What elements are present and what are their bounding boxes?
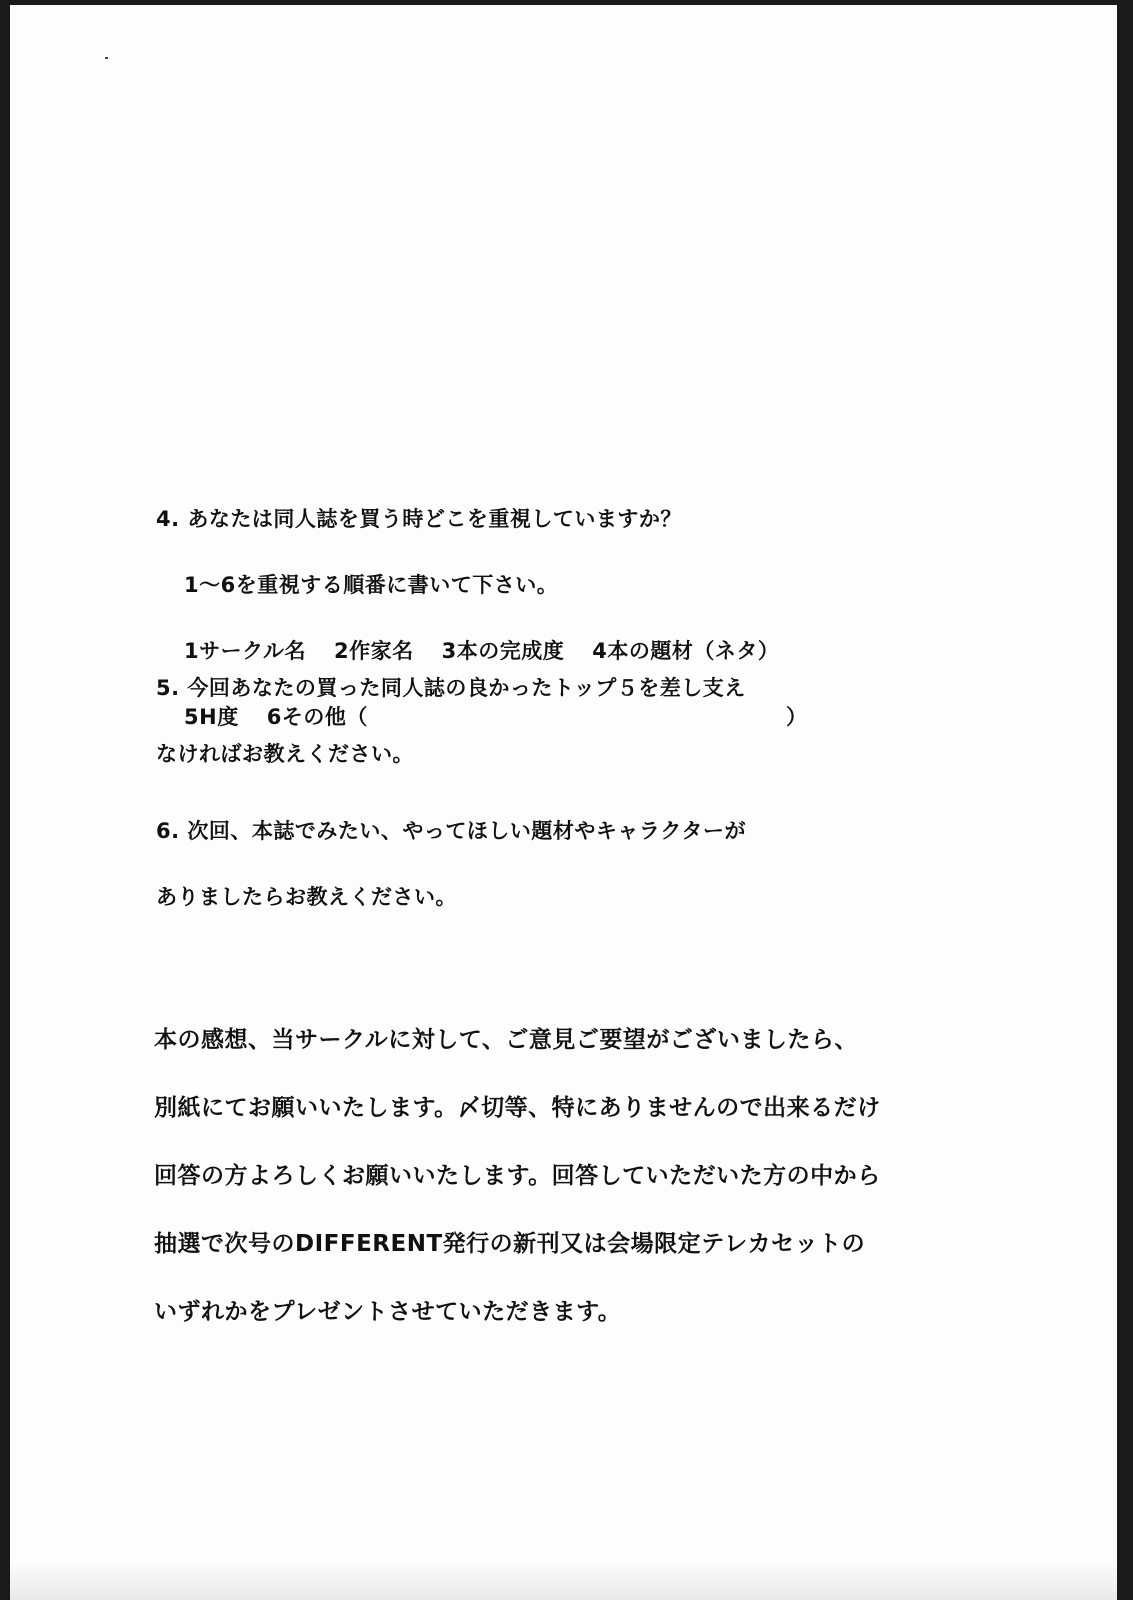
question-number: 6. xyxy=(156,819,180,843)
question-4-title: 4. あなたは同人誌を買う時どこを重視していますか？ xyxy=(156,505,779,533)
question-text: 次回、本誌でみたい、やってほしい題材やキャラクターが xyxy=(187,819,746,843)
closing-note-line-1: 本の感想、当サークルに対して、ご意見ご要望がございましたら、 xyxy=(154,1025,881,1055)
question-5-line-2: なければお教えください。 xyxy=(156,740,746,768)
question-6: 6. 次回、本誌でみたい、やってほしい題材やキャラクターが ありましたらお教えく… xyxy=(156,779,746,949)
other-close-paren: ） xyxy=(786,703,808,731)
closing-note-line-5: いずれかをプレゼントさせていただきます。 xyxy=(154,1297,881,1327)
question-text: あなたは同人誌を買う時どこを重視していますか？ xyxy=(187,507,682,531)
question-number: 4. xyxy=(156,507,180,531)
question-6-line-2: ありましたらお教えください。 xyxy=(156,883,746,911)
scan-speck xyxy=(105,57,108,59)
question-text: 今回あなたの買った同人誌の良かったトップ５を差し支え xyxy=(187,676,745,700)
closing-note-line-2: 別紙にてお願いいたします。〆切等、特にありませんので出来るだけ xyxy=(154,1093,881,1123)
closing-note-line-3: 回答の方よろしくお願いいたします。回答していただいた方の中から xyxy=(154,1161,881,1191)
closing-note-line-4: 抽選で次号のDIFFERENT発行の新刊又は会場限定テレカセットの xyxy=(154,1229,881,1259)
question-5-title: 5. 今回あなたの買った同人誌の良かったトップ５を差し支え xyxy=(156,674,746,702)
question-number: 5. xyxy=(156,676,180,700)
question-4-instruction: 1～6を重視する順番に書いて下さい。 xyxy=(156,571,779,599)
scanned-page: 4. あなたは同人誌を買う時どこを重視していますか？ 1～6を重視する順番に書い… xyxy=(10,5,1117,1600)
scan-shading xyxy=(10,1560,1117,1600)
closing-note: 本の感想、当サークルに対して、ご意見ご要望がございましたら、 別紙にてお願いいた… xyxy=(154,987,881,1365)
question-6-title: 6. 次回、本誌でみたい、やってほしい題材やキャラクターが xyxy=(156,817,746,845)
